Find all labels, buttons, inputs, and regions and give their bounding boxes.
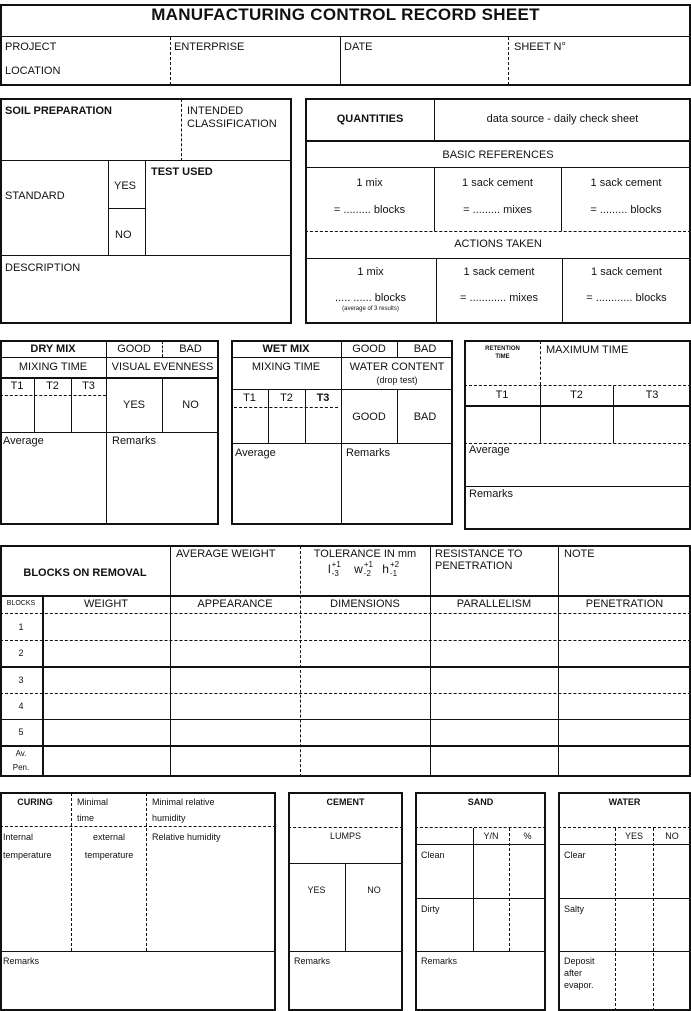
tolerance-width: w +1-2 [354, 560, 373, 578]
internal-temperature-label: Internal [3, 832, 33, 842]
action-1-value[interactable]: ..... ...... blocks [305, 292, 436, 305]
date-field[interactable]: DATE [344, 41, 373, 54]
divider [0, 826, 276, 827]
drop-test-label: (drop test) [341, 375, 453, 385]
divider [613, 406, 614, 443]
divider [558, 827, 691, 828]
divider [170, 37, 171, 85]
water-clear-yes-checkbox[interactable] [617, 846, 652, 897]
minimal-humidity-label: Minimal relative [152, 797, 215, 807]
relative-humidity-input[interactable] [148, 845, 274, 949]
water-deposit-yes-checkbox[interactable] [617, 953, 652, 1009]
sand-clean-label: Clean [421, 850, 445, 860]
action-2-value[interactable]: = ............ mixes [436, 292, 562, 305]
divider [345, 864, 346, 952]
action-3-value[interactable]: = ............ blocks [562, 292, 691, 305]
basic-ref-1-top: 1 mix [305, 177, 434, 190]
test-used-field[interactable]: TEST USED [151, 166, 213, 179]
visual-evenness-yes-checkbox[interactable]: YES [106, 399, 162, 412]
external-temperature-input[interactable] [73, 865, 145, 949]
visual-evenness-no-checkbox[interactable]: NO [162, 399, 219, 412]
row-3-label: 3 [0, 675, 42, 685]
minimal-humidity-label-2: humidity [152, 813, 186, 823]
col-weight: WEIGHT [42, 598, 170, 611]
sand-yn-label: Y/N [473, 831, 509, 841]
basic-ref-3-value[interactable]: = ......... blocks [561, 204, 691, 217]
divider [288, 951, 403, 952]
retention-remarks-field[interactable]: Remarks [469, 488, 513, 501]
data-source-label: data source - daily check sheet [434, 113, 691, 126]
cement-remarks-field[interactable]: Remarks [294, 956, 330, 966]
external-temperature-label-2: temperature [72, 850, 146, 860]
basic-references-label: BASIC REFERENCES [305, 149, 691, 162]
divider [305, 140, 691, 142]
divider [0, 357, 219, 358]
dry-mix-title: DRY MIX [0, 343, 106, 356]
sheet-number-field[interactable]: SHEET N° [514, 41, 566, 54]
divider [0, 595, 691, 597]
divider [71, 378, 72, 432]
divider [0, 36, 691, 37]
divider [231, 357, 453, 358]
divider [0, 255, 292, 256]
visual-evenness-label: VISUAL EVENNESS [106, 361, 219, 374]
wet-mixing-time-label: MIXING TIME [231, 361, 341, 374]
cement-title: CEMENT [288, 797, 403, 807]
enterprise-field[interactable]: ENTERPRISE [174, 41, 244, 54]
table-row[interactable] [44, 642, 689, 665]
water-salty-no-checkbox[interactable] [655, 900, 689, 950]
internal-temperature-input[interactable] [2, 865, 70, 949]
col-penetration: PENETRATION [558, 598, 691, 611]
retention-average-field[interactable]: Average [469, 444, 510, 457]
divider [0, 432, 219, 433]
col-parallelism: PARALLELISM [430, 598, 558, 611]
standard-yes-checkbox[interactable]: YES [114, 180, 136, 193]
table-row[interactable] [44, 747, 689, 775]
divider [181, 99, 182, 161]
curing-remarks-field[interactable]: Remarks [3, 956, 39, 966]
intended-label: INTENDED [187, 105, 243, 118]
page-title: MANUFACTURING CONTROL RECORD SHEET [0, 8, 691, 21]
action-2-top: 1 sack cement [436, 266, 562, 279]
blocks-on-removal-title: BLOCKS ON REMOVAL [0, 567, 170, 580]
divider [0, 951, 276, 952]
divider [340, 37, 341, 85]
internal-temperature-label-2: temperature [3, 850, 52, 860]
wet-mix-good-label: GOOD [341, 343, 397, 356]
divider [108, 208, 146, 209]
water-clear-no-checkbox[interactable] [655, 846, 689, 897]
sand-clean-percent-input[interactable] [511, 846, 544, 897]
divider [464, 385, 691, 386]
divider [305, 390, 306, 443]
basic-ref-2-top: 1 sack cement [434, 177, 561, 190]
minimal-time-label-2: time [77, 813, 94, 823]
sand-remarks-field[interactable]: Remarks [421, 956, 457, 966]
sand-dirty-percent-input[interactable] [511, 900, 544, 950]
water-deposit-label-3: evapor. [564, 980, 594, 990]
col-dimensions: DIMENSIONS [300, 598, 430, 611]
sand-clean-yn-input[interactable] [475, 846, 508, 897]
water-clear-label: Clear [564, 850, 586, 860]
col-blocks: BLOCKS [0, 600, 42, 607]
basic-ref-2-value[interactable]: = ......... mixes [434, 204, 561, 217]
divider [305, 167, 691, 168]
tolerance-length: l +1-3 [328, 560, 341, 578]
divider [0, 160, 292, 161]
dry-mixing-time-label: MIXING TIME [0, 361, 106, 374]
divider [0, 613, 691, 614]
tolerance-values: l +1-3 w +1-2 h +2-1 [328, 560, 399, 578]
row-pen-label: Pen. [0, 763, 42, 773]
soil-preparation-title: SOIL PREPARATION [5, 105, 112, 118]
ret-t2-label: T2 [540, 389, 613, 402]
divider [146, 793, 147, 951]
curing-title: CURING [0, 797, 70, 807]
average-weight-field[interactable]: AVERAGE WEIGHT [176, 548, 275, 561]
divider [415, 951, 546, 952]
dry-mix-remarks-field[interactable]: Remarks [112, 435, 156, 448]
water-content-bad-checkbox[interactable]: BAD [397, 411, 453, 424]
divider [0, 640, 691, 641]
wet-mix-average-field[interactable]: Average [235, 447, 276, 460]
divider [473, 828, 474, 951]
water-title: WATER [558, 797, 691, 807]
divider [305, 231, 691, 232]
basic-ref-1-value[interactable]: = ......... blocks [305, 204, 434, 217]
wet-mix-title: WET MIX [231, 343, 341, 356]
wet-mix-remarks-field[interactable]: Remarks [346, 447, 390, 460]
col-appearance: APPEARANCE [170, 598, 300, 611]
divider [653, 828, 654, 1011]
maximum-time-field[interactable]: MAXIMUM TIME [546, 344, 628, 357]
water-yes-label: YES [615, 831, 653, 841]
wet-t1-label: T1 [231, 392, 268, 405]
tolerance-height: h +2-1 [382, 560, 399, 578]
wet-t2-label: T2 [268, 392, 305, 405]
wet-t3-label: T3 [305, 392, 341, 405]
table-row[interactable] [44, 668, 689, 692]
water-content-label: WATER CONTENT [341, 361, 453, 374]
dry-t1-label: T1 [0, 380, 34, 393]
ret-t3-label: T3 [613, 389, 691, 402]
divider [0, 719, 691, 720]
divider [288, 827, 403, 828]
sand-percent-label: % [509, 831, 546, 841]
note-field[interactable]: NOTE [564, 548, 595, 561]
action-1-top: 1 mix [305, 266, 436, 279]
divider [268, 390, 269, 443]
table-row[interactable] [44, 695, 689, 718]
divider [558, 844, 691, 845]
water-content-good-checkbox[interactable]: GOOD [341, 411, 397, 424]
actions-taken-label: ACTIONS TAKEN [305, 238, 691, 251]
external-temperature-label: external [72, 832, 146, 842]
wet-t2-input[interactable] [270, 409, 304, 442]
divider [464, 486, 691, 487]
table-row[interactable] [44, 615, 689, 639]
minimal-time-label: Minimal [77, 797, 108, 807]
row-4-label: 4 [0, 701, 42, 711]
location-field[interactable]: LOCATION [5, 65, 60, 78]
relative-humidity-label: Relative humidity [152, 832, 221, 842]
lumps-no-checkbox[interactable]: NO [345, 885, 403, 895]
divider [0, 377, 219, 379]
wet-t1-input[interactable] [233, 409, 267, 442]
row-av-label: Av. [0, 749, 42, 759]
sand-dirty-label: Dirty [421, 904, 440, 914]
divider [234, 407, 338, 408]
ret-t3-input[interactable] [615, 407, 689, 442]
water-deposit-no-checkbox[interactable] [655, 953, 689, 1009]
water-salty-yes-checkbox[interactable] [617, 900, 652, 950]
project-field[interactable]: PROJECT [5, 41, 56, 54]
dry-mix-good-label: GOOD [106, 343, 162, 356]
standard-no-checkbox[interactable]: NO [115, 229, 132, 242]
row-1-label: 1 [0, 622, 42, 632]
divider [71, 793, 72, 951]
description-field[interactable]: DESCRIPTION [5, 262, 80, 275]
divider [415, 844, 546, 845]
lumps-label: LUMPS [288, 831, 403, 841]
divider [0, 693, 691, 694]
divider [305, 258, 691, 259]
classification-label: CLASSIFICATION [187, 118, 277, 131]
divider [509, 828, 510, 951]
wet-t3-input[interactable] [307, 409, 340, 442]
wet-mix-bad-label: BAD [397, 343, 453, 356]
ret-t1-input[interactable] [466, 407, 539, 442]
divider [231, 389, 453, 390]
water-no-label: NO [653, 831, 691, 841]
divider [231, 443, 453, 444]
dry-t2-label: T2 [34, 380, 71, 393]
divider [615, 828, 616, 1011]
table-row[interactable] [44, 721, 689, 744]
sand-title: SAND [415, 797, 546, 807]
divider [558, 898, 691, 899]
action-1-note: (average of 3 results) [305, 306, 436, 313]
dry-t2-input[interactable] [36, 397, 70, 431]
dry-t1-input[interactable] [2, 397, 33, 431]
ret-t2-input[interactable] [542, 407, 612, 442]
divider [415, 827, 546, 828]
row-5-label: 5 [0, 727, 42, 737]
water-salty-label: Salty [564, 904, 584, 914]
water-deposit-label: Deposit [564, 956, 595, 966]
retention-label: RETENTION [465, 346, 540, 353]
divider [415, 898, 546, 899]
dry-mix-bad-label: BAD [162, 343, 219, 356]
water-deposit-label-2: after [564, 968, 582, 978]
sand-dirty-yn-input[interactable] [475, 900, 508, 950]
soil-preparation-block [0, 98, 292, 324]
divider [508, 37, 509, 85]
retention-time-label: TIME [465, 354, 540, 361]
dry-t3-input[interactable] [73, 397, 105, 431]
divider [34, 378, 35, 432]
standard-label: STANDARD [5, 190, 65, 203]
resistance-penetration-label: PENETRATION [435, 560, 512, 573]
dry-t3-label: T3 [71, 380, 106, 393]
quantities-title: QUANTITIES [306, 113, 434, 126]
row-2-label: 2 [0, 648, 42, 658]
divider [540, 341, 541, 385]
ret-t1-label: T1 [464, 389, 540, 402]
dry-mix-average-field[interactable]: Average [3, 435, 44, 448]
lumps-yes-checkbox[interactable]: YES [288, 885, 345, 895]
divider [558, 951, 691, 952]
divider [0, 395, 106, 396]
action-3-top: 1 sack cement [562, 266, 691, 279]
divider [540, 406, 541, 443]
basic-ref-3-top: 1 sack cement [561, 177, 691, 190]
